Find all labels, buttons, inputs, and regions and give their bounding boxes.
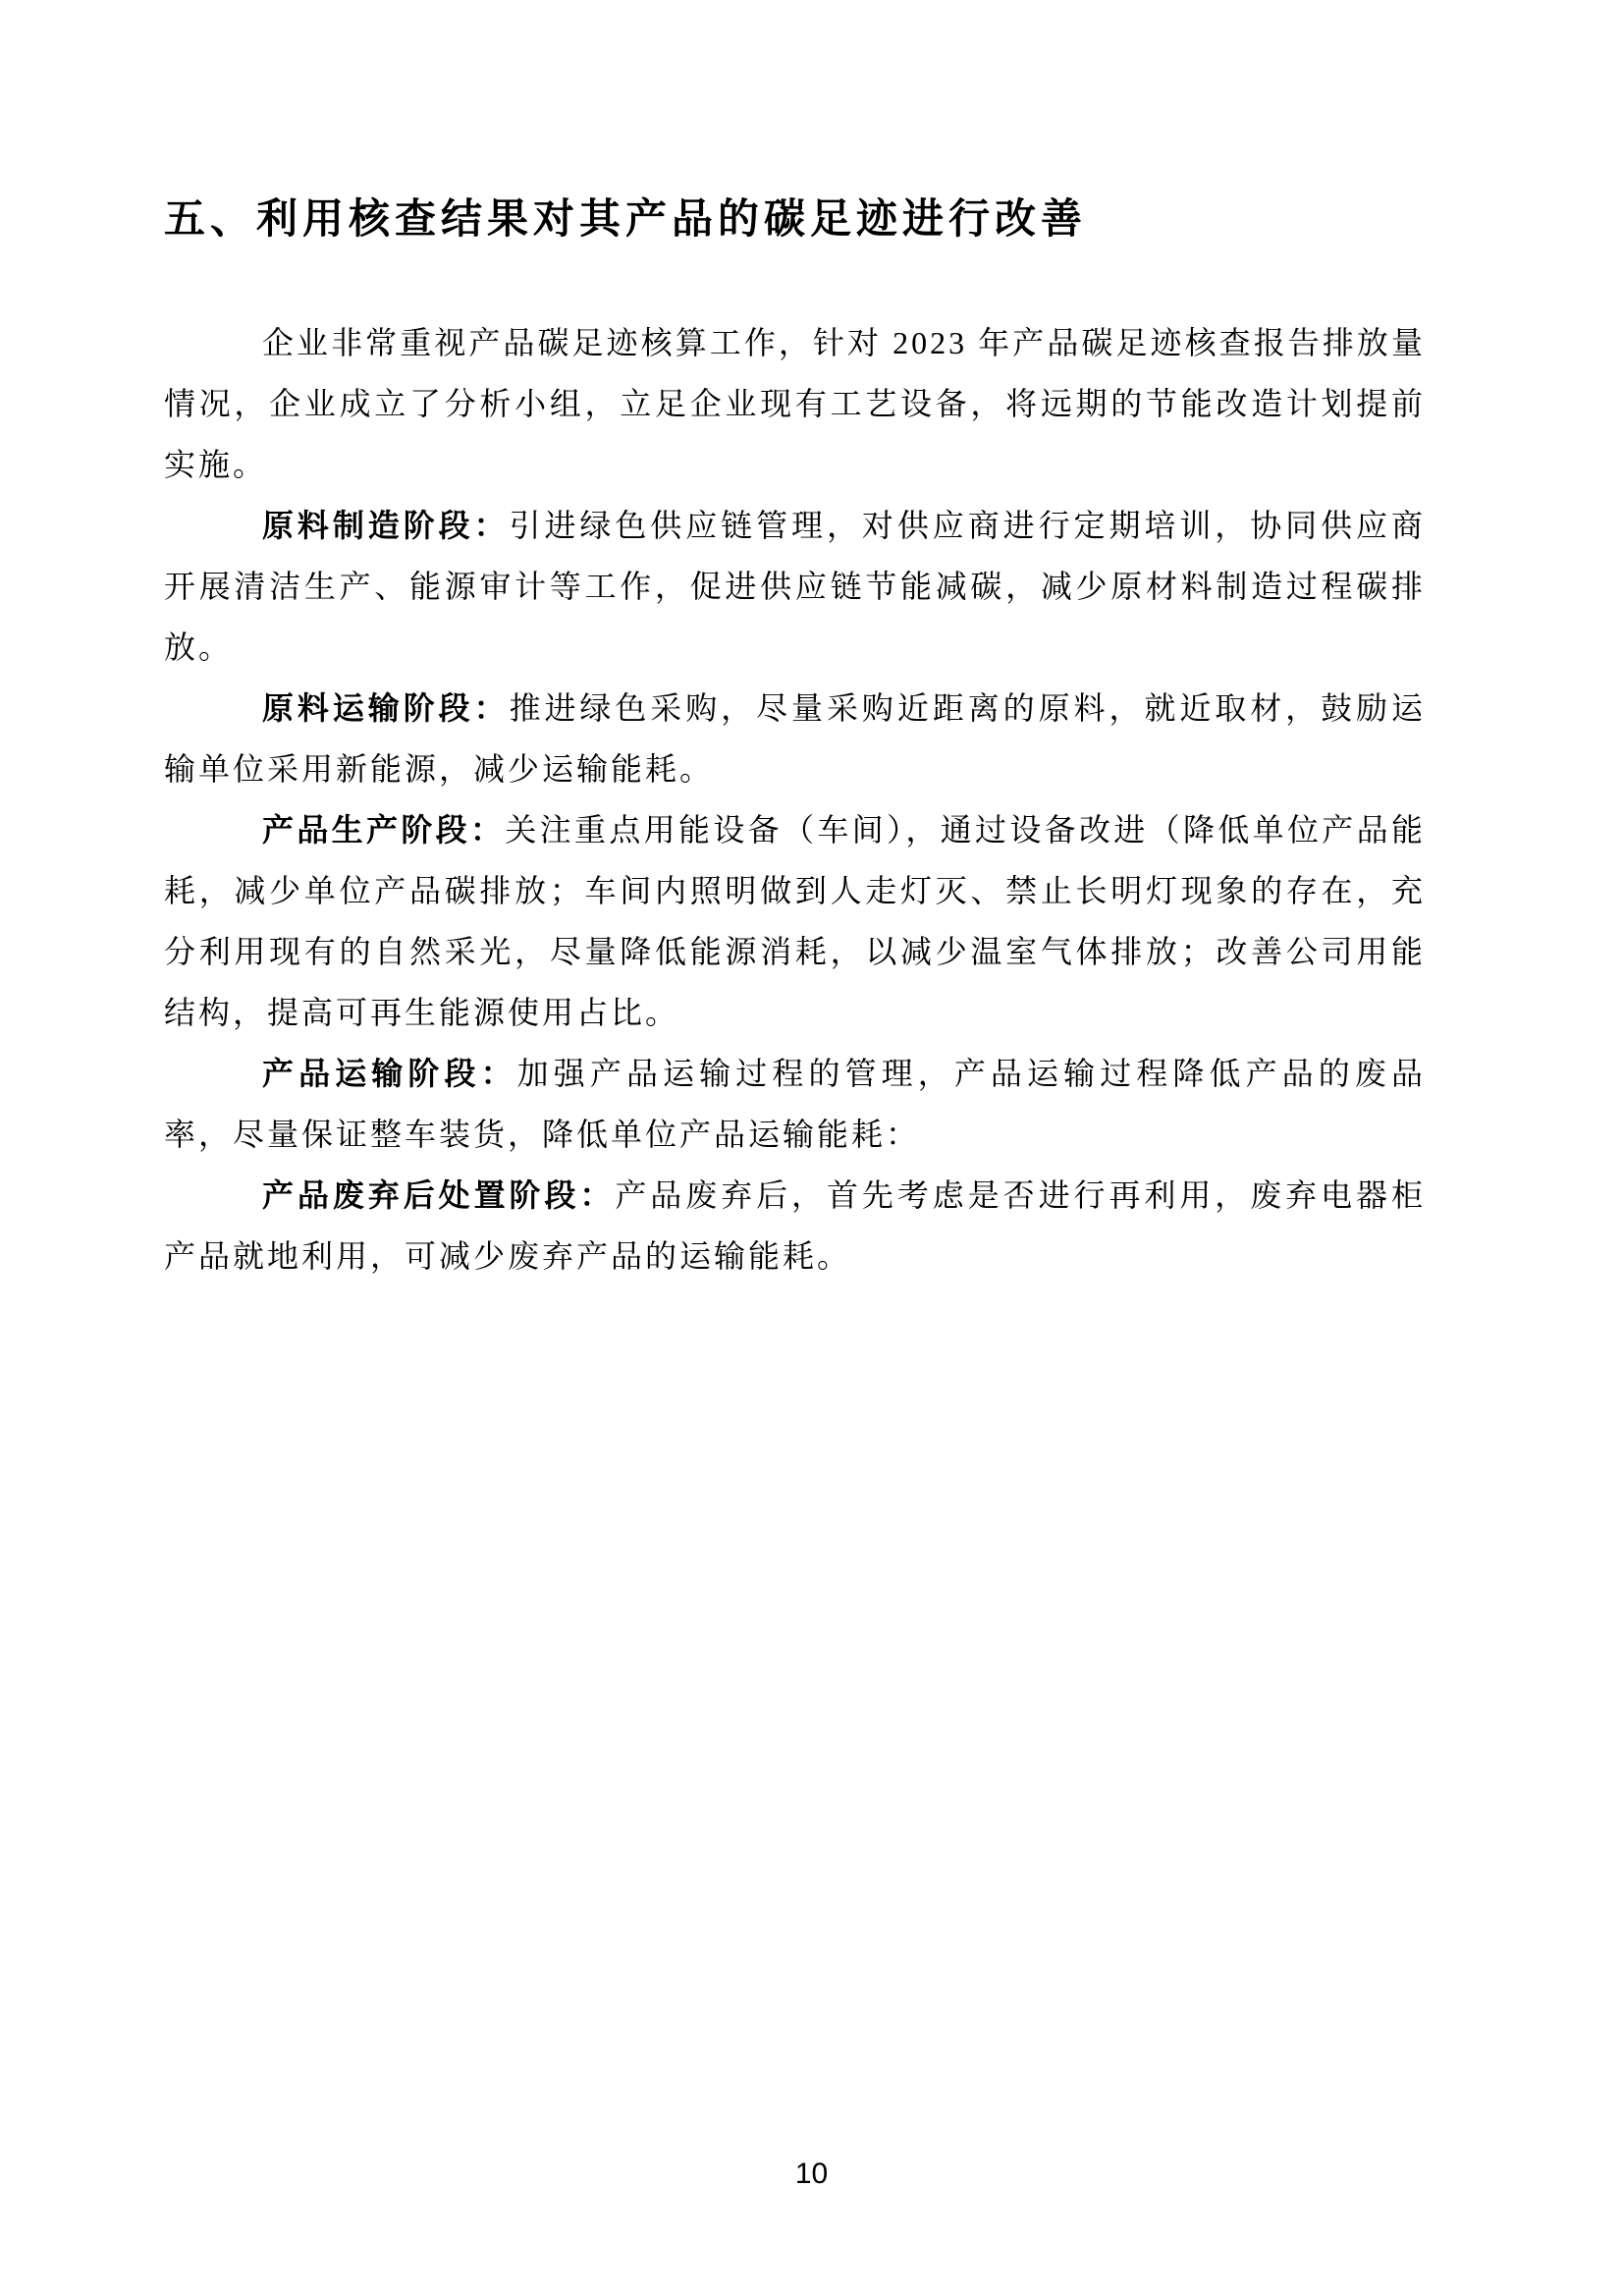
paragraph-lead: 原料制造阶段： bbox=[262, 508, 510, 543]
paragraph-production: 产品生产阶段：关注重点用能设备（车间），通过设备改进（降低单位产品能耗，减少单位… bbox=[164, 799, 1426, 1043]
paragraph-lead: 原料运输阶段： bbox=[262, 690, 510, 726]
paragraph-text: 企业非常重视产品碳足迹核算工作，针对 2023 年产品碳足迹核查报告排放量情况，… bbox=[164, 325, 1426, 482]
paragraph-material-manufacturing: 原料制造阶段：引进绿色供应链管理，对供应商进行定期培训，协同供应商开展清洁生产、… bbox=[164, 495, 1426, 678]
paragraph-lead: 产品运输阶段： bbox=[262, 1056, 517, 1091]
paragraph-lead: 产品生产阶段： bbox=[262, 812, 505, 847]
paragraph-disposal: 产品废弃后处置阶段：产品废弃后，首先考虑是否进行再利用，废弃电器柜产品就地利用，… bbox=[164, 1165, 1426, 1286]
section-heading: 五、利用核查结果对其产品的碳足迹进行改善 bbox=[164, 192, 1087, 247]
paragraph-product-transport: 产品运输阶段：加强产品运输过程的管理，产品运输过程降低产品的废品率，尽量保证整车… bbox=[164, 1043, 1426, 1165]
paragraph-material-transport: 原料运输阶段：推进绿色采购，尽量采购近距离的原料，就近取材，鼓励运输单位采用新能… bbox=[164, 678, 1426, 799]
paragraph-lead: 产品废弃后处置阶段： bbox=[262, 1177, 615, 1213]
page-number: 10 bbox=[0, 2157, 1623, 2192]
document-page: 五、利用核查结果对其产品的碳足迹进行改善 企业非常重视产品碳足迹核算工作，针对 … bbox=[0, 0, 1623, 2296]
paragraph-intro: 企业非常重视产品碳足迹核算工作，针对 2023 年产品碳足迹核查报告排放量情况，… bbox=[164, 312, 1426, 495]
document-body: 企业非常重视产品碳足迹核算工作，针对 2023 年产品碳足迹核查报告排放量情况，… bbox=[164, 312, 1426, 1286]
